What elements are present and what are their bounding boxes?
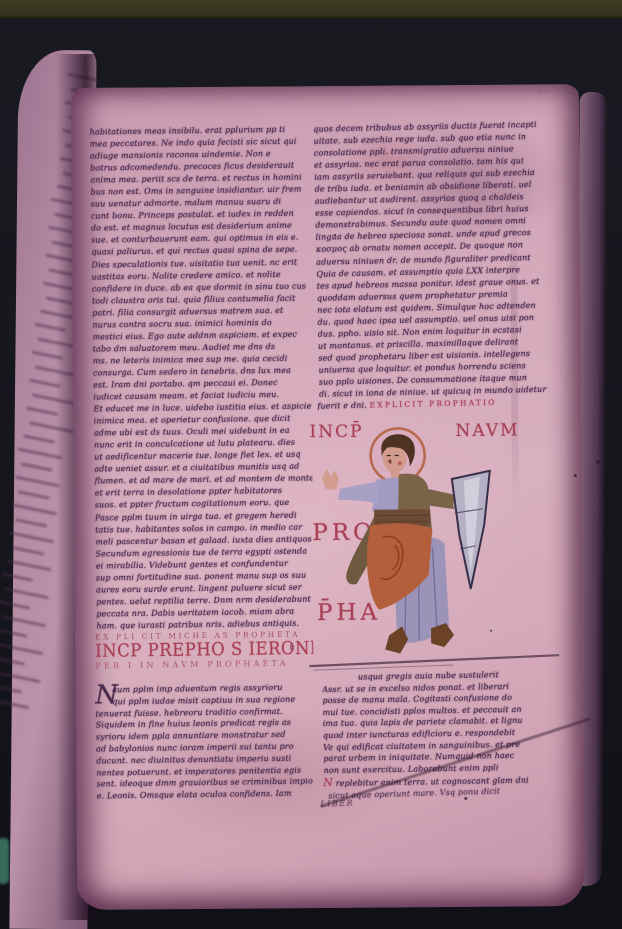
blurred-text-line bbox=[0, 684, 22, 693]
explicit-praefatio-rubric: EXPLICIT PROPHATIO bbox=[369, 398, 496, 410]
blurred-text-line bbox=[18, 490, 50, 499]
manuscript-page: 95 habitationes meas insibilu. erat pplu… bbox=[71, 84, 585, 910]
preface-text-block: N aum pplm imp aduentum regis assyrioruq… bbox=[95, 681, 315, 802]
blurred-text-line bbox=[1, 615, 46, 627]
blurred-text-line bbox=[15, 518, 47, 527]
raised-arm-sleeve bbox=[338, 482, 379, 504]
blurred-text-line bbox=[0, 671, 41, 683]
speck bbox=[464, 797, 467, 800]
lower-right-text-block: usqua gregis auia nube sustuleritAssr. u… bbox=[322, 668, 566, 776]
explicit-line-prefix: fuerit e dni. bbox=[317, 401, 367, 411]
blurred-text-line bbox=[21, 462, 53, 471]
blurred-text-line bbox=[13, 546, 45, 555]
blurred-text-line bbox=[10, 531, 55, 543]
cheek bbox=[398, 461, 402, 465]
speck bbox=[490, 630, 492, 632]
blurred-text-line bbox=[23, 434, 55, 443]
film-edge-mark bbox=[0, 838, 9, 884]
blurred-text-line bbox=[7, 559, 52, 571]
slide-photo-of-manuscript: 95 habitationes meas insibilu. erat pplu… bbox=[0, 0, 622, 929]
left-text-column: habitationes meas insibilu. erat ppluriu… bbox=[90, 123, 315, 632]
text-line: e. Leonis. Omsque elata oculos confidens… bbox=[97, 788, 315, 803]
neck bbox=[391, 470, 400, 478]
blurred-text-line bbox=[0, 643, 43, 655]
quire-margin-mark: ii bbox=[289, 642, 294, 651]
speck bbox=[574, 474, 577, 477]
blurred-text-line bbox=[0, 628, 27, 637]
speck bbox=[334, 234, 336, 236]
in-naum-prophetam-rubric: PER I IN NAVM PROPHAETA bbox=[95, 658, 313, 670]
right-text-column: quos decem tribubus ab assyriis ductis f… bbox=[313, 119, 553, 401]
blurred-text-line bbox=[0, 656, 25, 665]
blurred-text-line bbox=[15, 475, 60, 487]
raised-hand bbox=[322, 469, 339, 490]
blurred-text-line bbox=[0, 600, 30, 609]
film-strip-edge bbox=[0, 0, 622, 18]
ground-line bbox=[309, 655, 559, 666]
blurred-text-line bbox=[26, 406, 58, 415]
red-initial: N bbox=[323, 776, 333, 789]
prophet-miniature bbox=[301, 416, 565, 676]
speck bbox=[596, 460, 600, 464]
folio-number: 95 bbox=[536, 86, 548, 97]
initial-letter-n: N bbox=[95, 682, 118, 708]
blurred-text-line bbox=[4, 587, 49, 599]
blurred-text-line bbox=[1, 572, 33, 581]
rubric-block: EX PLI CIT MICHE AS PROPHETA INCP PREPHO… bbox=[95, 629, 314, 670]
blurred-text-line bbox=[12, 503, 57, 515]
blurred-text-line bbox=[0, 697, 29, 709]
